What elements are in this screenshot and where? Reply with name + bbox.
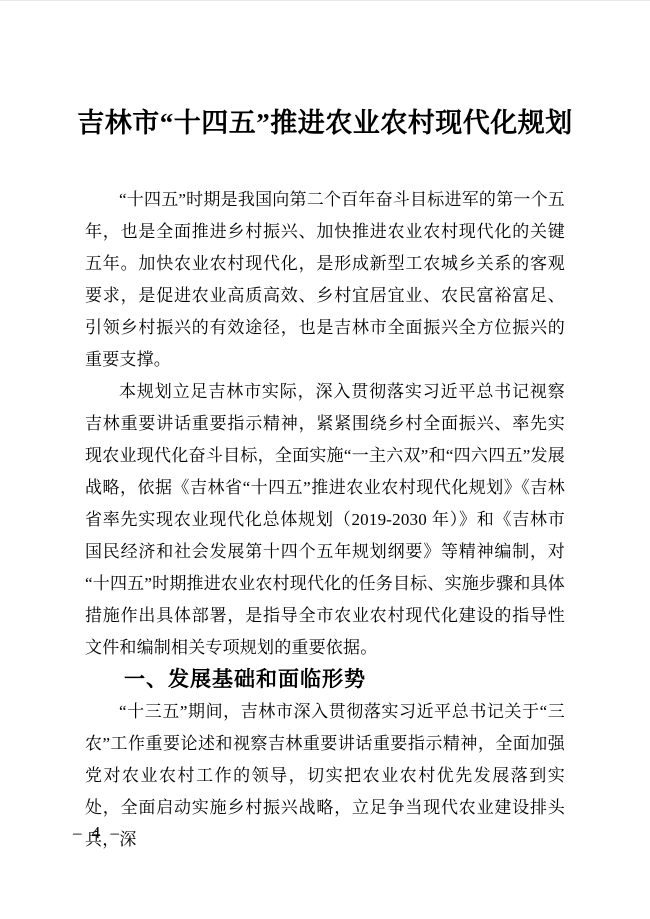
section-heading-1: 一、发展基础和面临形势 [85,664,565,696]
paragraph-intro: “十四五”时期是我国向第二个百年奋斗目标进军的第一个五年，也是全面推进乡村振兴、… [85,184,565,376]
paragraph-section-body: “十三五”期间，吉林市深入贯彻落实习近平总书记关于“三农”工作重要论述和视察吉林… [85,696,565,856]
page-number: – 4 – [73,821,122,845]
document-page: 吉林市“十四五”推进农业农村现代化规划 “十四五”时期是我国向第二个百年奋斗目标… [0,0,650,919]
paragraph-basis: 本规划立足吉林市实际，深入贯彻落实习近平总书记视察吉林重要讲话重要指示精神，紧紧… [85,376,565,664]
document-title: 吉林市“十四五”推进农业农村现代化规划 [0,1,650,142]
document-body: “十四五”时期是我国向第二个百年奋斗目标进军的第一个五年，也是全面推进乡村振兴、… [85,184,565,856]
